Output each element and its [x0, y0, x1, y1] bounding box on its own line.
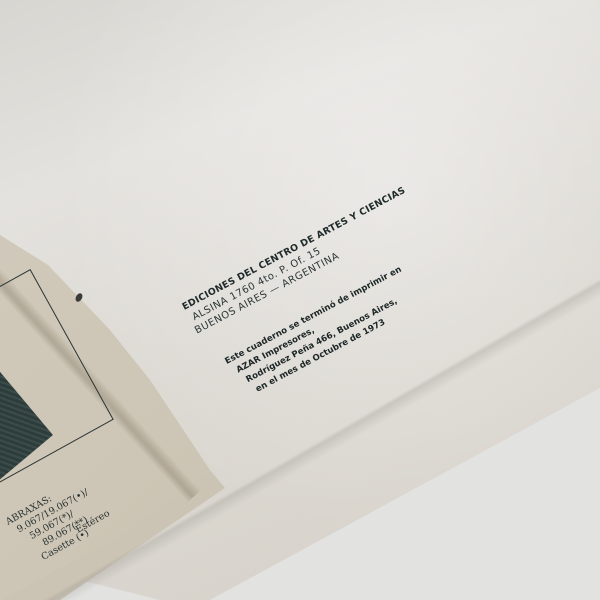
photo-scene: EDICIONES DEL CENTRO DE ARTES Y CIENCIAS…	[0, 0, 600, 600]
